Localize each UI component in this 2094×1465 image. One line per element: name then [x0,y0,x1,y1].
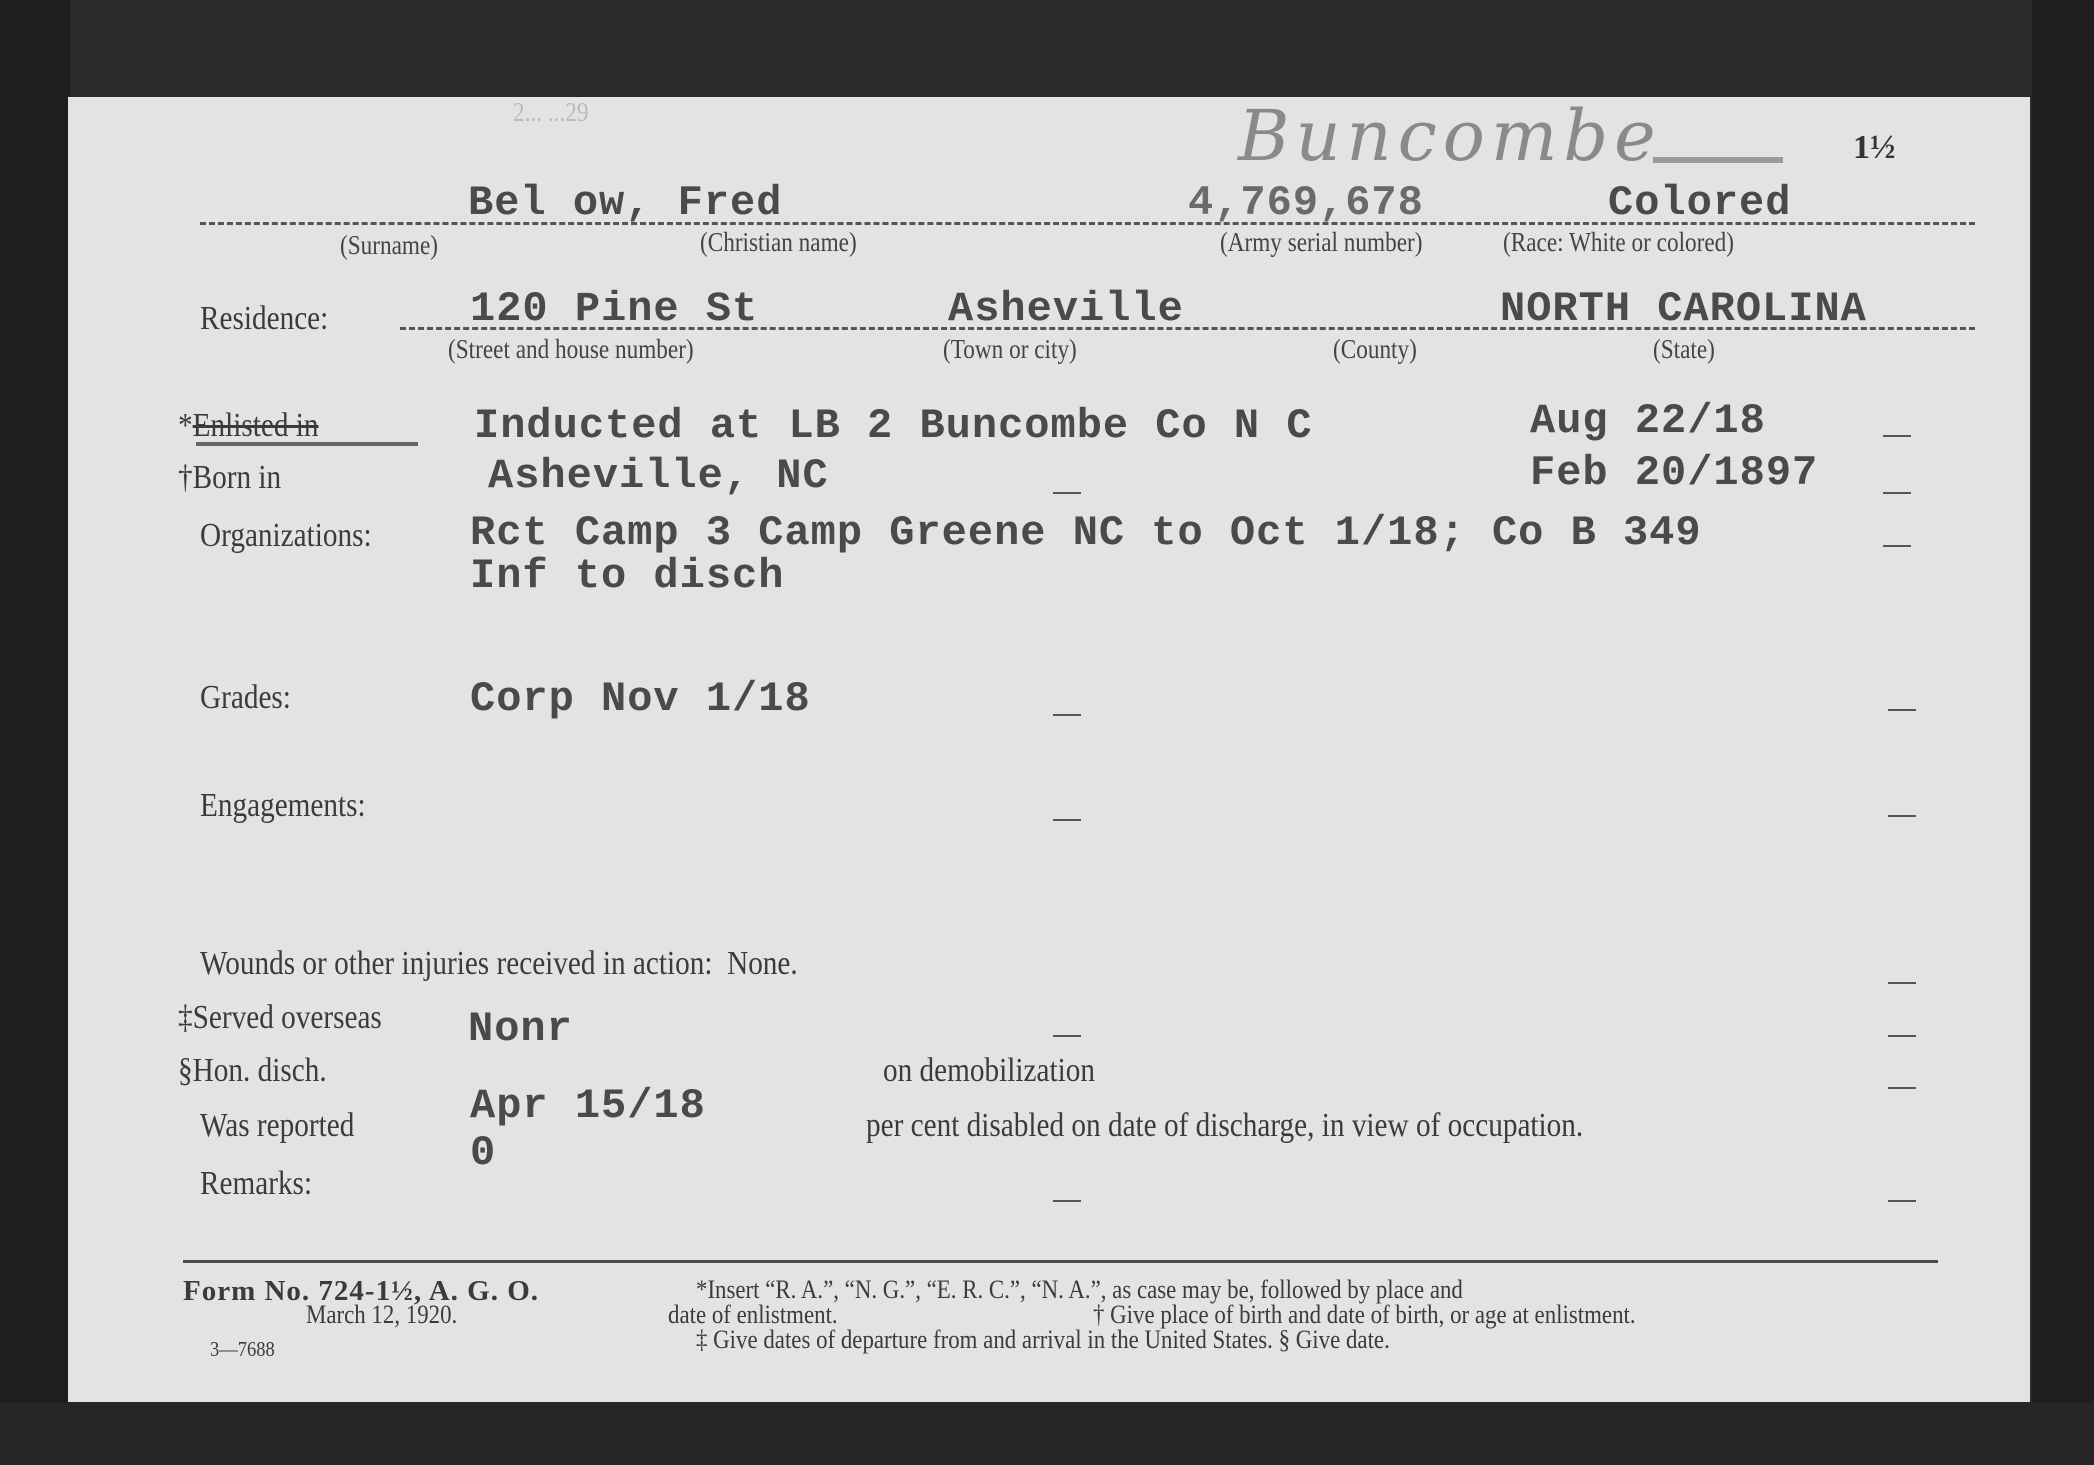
overseas-label: ‡Served overseas [178,999,382,1037]
reported-label: Was reported [200,1107,354,1145]
scanner-background-left [0,0,70,1465]
grades-label: Grades: [200,679,291,717]
state-caption: (State) [1653,334,1715,365]
wounds-end-dash [1888,982,1916,984]
scanner-background-right [2032,0,2094,1465]
enlisted-value: Inducted at LB 2 Buncombe Co N C [474,402,1313,450]
overseas-label-text: Served overseas [193,999,382,1036]
serial-number-value: 4,769,678 [1188,179,1424,227]
wounds-label: Wounds or other injuries received in act… [200,945,798,983]
overseas-end-dash [1888,1035,1916,1037]
wounds-label-text: Wounds or other injuries received in act… [200,945,712,982]
born-mid-dash [1053,492,1081,494]
remarks-mid-dash [1053,1200,1081,1202]
footer-rule [183,1260,1938,1263]
christian-name-caption: (Christian name) [700,227,857,258]
engagements-mid-dash [1053,819,1081,821]
organizations-line1: Rct Camp 3 Camp Greene NC to Oct 1/18; C… [470,509,1702,557]
reported-suffix: per cent disabled on date of discharge, … [866,1107,1583,1145]
town-caption: (Town or city) [943,334,1077,365]
overseas-mid-dash [1053,1035,1081,1037]
form-fraction: 1½ [1853,129,1896,167]
section-mark: § [178,1052,193,1089]
engagements-end-dash [1888,815,1916,817]
footnote-double-dagger: ‡ Give dates of departure from and arriv… [696,1325,1390,1355]
asterisk-mark: * [178,407,193,444]
hon-disch-end-dash [1888,1087,1916,1089]
enlisted-label-text: Enlisted in [193,407,319,444]
engagements-label: Engagements: [200,787,366,825]
name-value: Bel ow, Fred [468,179,782,227]
grades-end-dash [1888,709,1916,711]
overseas-value: Nonr [468,1005,573,1053]
handwritten-underline [1653,157,1783,163]
remarks-end-dash [1888,1200,1916,1202]
born-place-value: Asheville, NC [488,452,829,500]
surname-caption: (Surname) [340,230,438,261]
organizations-label: Organizations: [200,517,372,555]
service-record-card: 2... ...29 Buncombe 1½ Bel ow, Fred 4,76… [68,97,2030,1402]
race-value: Colored [1608,179,1791,227]
scanner-background-bottom [0,1403,2094,1465]
residence-street: 120 Pine St [470,285,758,333]
double-dagger-mark: ‡ [178,999,193,1036]
wounds-value: None. [727,945,798,982]
print-code: 3—7688 [210,1337,275,1362]
enlisted-strike-underline [196,442,418,446]
reported-value: 0 [470,1129,496,1177]
organizations-line2: Inf to disch [470,552,784,600]
handwritten-county: Buncombe [1238,95,1662,177]
organizations-end-dash [1883,545,1911,547]
hon-disch-suffix: on demobilization [883,1052,1095,1090]
dagger-mark: † [178,459,193,496]
street-caption: (Street and house number) [448,334,694,365]
remarks-label: Remarks: [200,1165,312,1203]
serial-caption: (Army serial number) [1220,227,1422,258]
born-end-dash [1883,492,1911,494]
residence-label: Residence: [200,300,328,338]
residence-state: NORTH CAROLINA [1500,285,1867,333]
born-date: Feb 20/1897 [1530,449,1818,497]
county-caption: (County) [1333,334,1417,365]
born-label: †Born in [178,459,281,497]
grades-mid-dash [1053,714,1081,716]
enlisted-end-dash [1883,435,1911,437]
born-label-text: Born in [193,459,282,496]
enlisted-label: *Enlisted in [178,407,319,445]
hon-disch-label-text: Hon. disch. [193,1052,327,1089]
faint-header-marks: 2... ...29 [513,97,588,128]
residence-town: Asheville [948,285,1184,333]
hon-disch-date: Apr 15/18 [470,1082,706,1130]
hon-disch-label: §Hon. disch. [178,1052,327,1090]
grades-value: Corp Nov 1/18 [470,675,811,723]
race-caption: (Race: White or colored) [1503,227,1734,258]
enlisted-date: Aug 22/18 [1530,397,1766,445]
form-date: March 12, 1920. [306,1300,457,1330]
